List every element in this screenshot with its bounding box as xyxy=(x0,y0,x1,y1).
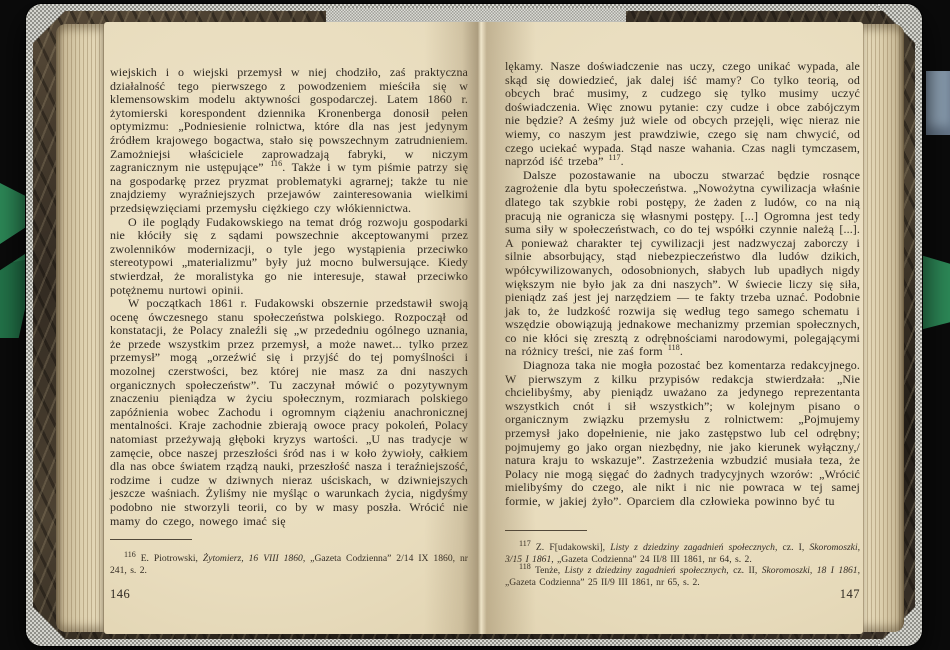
footnote: 118 Tenże, Listy z dziedziny zagadnień s… xyxy=(505,565,860,588)
left-page-footnotes: 116 E. Piotrowski, Żytomierz, 16 VIII 18… xyxy=(110,553,468,576)
text-segment: Listy z dziedziny zagadnień społecznych xyxy=(610,542,775,553)
right-page: lękamy. Nasze doświadczenie nas uczy, cz… xyxy=(480,22,863,634)
text-segment: lękamy. Nasze doświadczenie nas uczy, cz… xyxy=(505,59,860,168)
footnote-marker: 118 xyxy=(668,343,680,352)
text-segment: O ile poglądy Fudakowskiego na temat dró… xyxy=(110,215,468,297)
left-page-number: 146 xyxy=(110,587,130,602)
footnote-marker: 118 xyxy=(519,562,531,571)
text-segment: Z. F[udakowski], xyxy=(536,542,610,553)
footnote-marker: 117 xyxy=(519,539,531,548)
left-footnote-rule xyxy=(110,539,192,540)
open-book: wiejskich i o wiejski przemysł w niej ch… xyxy=(26,4,922,646)
text-segment: Diagnoza taka nie mogła pozostać bez kom… xyxy=(505,358,860,508)
text-segment: wiejskich i o wiejski przemysł w niej ch… xyxy=(110,65,468,174)
right-page-body: lękamy. Nasze doświadczenie nas uczy, cz… xyxy=(505,60,860,509)
paragraph: Diagnoza taka nie mogła pozostać bez kom… xyxy=(505,359,860,509)
text-segment: W początkach 1861 r. Fudakowski obszerni… xyxy=(110,296,468,528)
footnote-marker: 117 xyxy=(609,153,621,162)
right-footnote-rule xyxy=(505,530,587,531)
text-segment: E. Piotrowski, xyxy=(141,553,203,564)
paragraph: O ile poglądy Fudakowskiego na temat dró… xyxy=(110,216,468,298)
left-page-body: wiejskich i o wiejski przemysł w niej ch… xyxy=(110,66,468,528)
text-segment: . xyxy=(621,154,624,168)
left-page: wiejskich i o wiejski przemysł w niej ch… xyxy=(104,22,480,634)
footnote: 117 Z. F[udakowski], Listy z dziedziny z… xyxy=(505,542,860,565)
footnote-marker: 116 xyxy=(124,550,136,559)
paragraph: Dalsze pozostawanie na uboczu stwarzać b… xyxy=(505,169,860,359)
text-segment: . xyxy=(680,344,683,358)
paragraph: lękamy. Nasze doświadczenie nas uczy, cz… xyxy=(505,60,860,169)
text-segment: Żytomierz, 16 VIII 1860 xyxy=(203,553,303,564)
right-page-fore-edge xyxy=(860,24,904,632)
text-segment: , cz. II, xyxy=(726,565,761,576)
text-segment: Dalsze pozostawanie na uboczu stwarzać b… xyxy=(505,168,860,359)
text-segment: Tenże, xyxy=(535,565,565,576)
text-segment: Listy z dziedziny zagadnień społecznych xyxy=(565,565,727,576)
paragraph: W początkach 1861 r. Fudakowski obszerni… xyxy=(110,297,468,528)
text-segment: , „Gazeta Codzienna” 24 II/8 III 1861, n… xyxy=(551,554,751,565)
footnote-marker: 116 xyxy=(270,159,282,168)
text-segment: , cz. I, xyxy=(775,542,810,553)
left-page-fore-edge xyxy=(56,24,104,632)
footnote: 116 E. Piotrowski, Żytomierz, 16 VIII 18… xyxy=(110,553,468,576)
right-page-number: 147 xyxy=(505,587,860,602)
right-page-footnotes: 117 Z. F[udakowski], Listy z dziedziny z… xyxy=(505,542,860,588)
background-blue-object xyxy=(926,71,950,135)
text-segment: Skoromoszki, 18 I 1861 xyxy=(762,565,858,576)
paragraph: wiejskich i o wiejski przemysł w niej ch… xyxy=(110,66,468,216)
